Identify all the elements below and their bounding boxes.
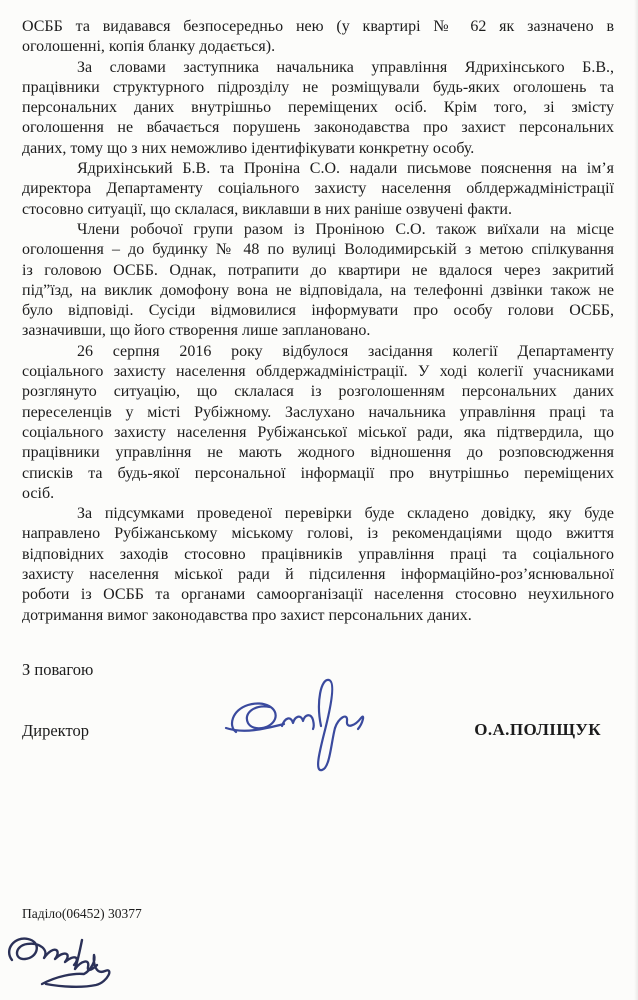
paragraph: ОСББ та видавався безпосередньо нею (у к… xyxy=(22,17,614,58)
text-line: соціального захисту населення Рубіжанськ… xyxy=(22,423,614,443)
text-line: працівники структурного підрозділу не ро… xyxy=(22,78,614,98)
paragraph: Ядрихінський Б.В. та Проніна С.О. надали… xyxy=(22,159,614,220)
text-line: списків та будь-якої персональної інформ… xyxy=(22,464,614,484)
text-line: Ядрихінський Б.В. та Проніна С.О. надали… xyxy=(22,159,614,179)
executor-contact: Паділо(06452) 30377 xyxy=(22,906,142,922)
text-line: оголошенні, копія бланку додається). xyxy=(22,37,614,57)
text-line: дотримання вимог законодавства про захис… xyxy=(22,606,614,626)
director-signature xyxy=(224,666,374,784)
text-line: 26 серпня 2016 року відбулося засідання … xyxy=(22,342,614,362)
text-line: стосовно ситуації, що склалася, виклавши… xyxy=(22,200,614,220)
text-line: було відповіді. Сусіди відмовилися інфор… xyxy=(22,301,614,321)
text-line: зазначивши, що його створення лише запла… xyxy=(22,321,614,341)
paragraph: Члени робочої групи разом із Проніною С.… xyxy=(22,220,614,342)
document-body: ОСББ та видавався безпосередньо нею (у к… xyxy=(22,17,614,626)
text-line: ОСББ та видавався безпосередньо нею (у к… xyxy=(22,17,614,37)
scanned-letter-page: ОСББ та видавався безпосередньо нею (у к… xyxy=(0,0,638,1000)
text-line: під”їзд, на виклик домофону вона не відп… xyxy=(22,281,614,301)
signer-name: О.А.ПОЛІЩУК xyxy=(474,720,601,740)
text-line: Члени робочої групи разом із Проніною С.… xyxy=(22,220,614,240)
paragraph: За словами заступника начальника управлі… xyxy=(22,58,614,159)
text-line: персональних даних внутрішньо переміщени… xyxy=(22,98,614,118)
text-line: За словами заступника начальника управлі… xyxy=(22,58,614,78)
text-line: За підсумками проведеної перевірки буде … xyxy=(22,504,614,524)
executor-signature xyxy=(2,926,137,996)
closing-salutation: З повагою xyxy=(22,660,93,680)
text-line: захисту населення міської ради й підсиле… xyxy=(22,565,614,585)
text-line: даних, тому що з них неможливо ідентифік… xyxy=(22,139,614,159)
text-line: працівники управління не мають жодного в… xyxy=(22,443,614,463)
signer-title: Директор xyxy=(22,721,89,741)
text-line: соціального захисту населення облдержадм… xyxy=(22,362,614,382)
paragraph: 26 серпня 2016 року відбулося засідання … xyxy=(22,342,614,504)
text-line: осіб. xyxy=(22,484,614,504)
paragraph: За підсумками проведеної перевірки буде … xyxy=(22,504,614,626)
text-line: оголошення – до будинку № 48 по вулиці В… xyxy=(22,240,614,260)
text-line: розглянуто ситуацію, що склалася із розг… xyxy=(22,382,614,402)
text-line: відповідних заходів стосовно працівників… xyxy=(22,545,614,565)
text-line: роботи із ОСББ та органами самоорганізац… xyxy=(22,585,614,605)
text-line: оголошення не вбачається порушень законо… xyxy=(22,118,614,138)
text-line: направлено Рубіжанському міському голові… xyxy=(22,524,614,544)
text-line: директора Департаменту соціального захис… xyxy=(22,179,614,199)
text-line: переселенців у місті Рубіжному. Заслухан… xyxy=(22,403,614,423)
text-line: із головою ОСББ. Однак, потрапити до ква… xyxy=(22,261,614,281)
